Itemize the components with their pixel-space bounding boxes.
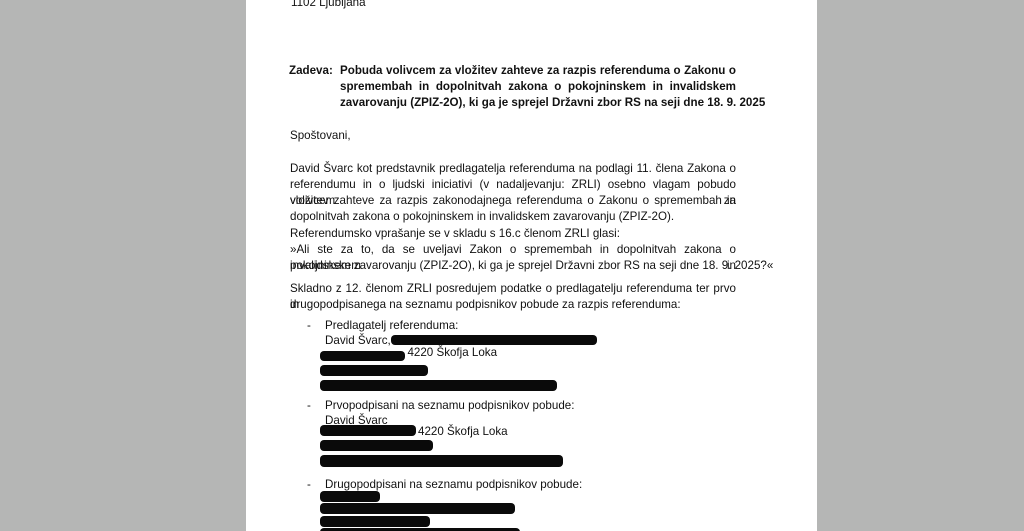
list-bullet: - <box>307 398 311 414</box>
subject-line-2: spremembah in dopolnitvah zakona o pokoj… <box>340 79 736 95</box>
list-city: , 4220 Škofja Loka <box>401 345 497 361</box>
redaction-bar <box>320 440 433 451</box>
paragraph1-line-3: vložitev zahteve za razpis zakonodajnega… <box>290 193 736 209</box>
redaction-bar <box>320 455 563 467</box>
paragraph2-line-3: invalidskem zavarovanju (ZPIZ-2O), ki ga… <box>290 258 773 274</box>
document-page: 1102 Ljubljana Zadeva: Pobuda volivcem z… <box>246 0 817 531</box>
list-bullet: - <box>307 477 311 493</box>
salutation: Spoštovani, <box>290 128 351 144</box>
subject-label: Zadeva: <box>289 63 333 79</box>
paragraph3-line-2: drugopodpisanega na seznamu podpisnikov … <box>290 297 681 313</box>
list-name: David Švarc, <box>325 333 391 349</box>
list-city: 4220 Škofja Loka <box>418 424 508 440</box>
subject-line-3: zavarovanju (ZPIZ-2O), ki ga je sprejel … <box>340 95 765 111</box>
list-bullet: - <box>307 318 311 334</box>
paragraph1-line-4: dopolnitvah zakona o pokojninskem in inv… <box>290 209 674 225</box>
subject-line-1: Pobuda volivcem za vložitev zahteve za r… <box>340 63 736 79</box>
paragraph2-line-1: Referendumsko vprašanje se v skladu s 16… <box>290 226 620 242</box>
redaction-bar <box>391 335 597 345</box>
redaction-bar <box>320 425 416 436</box>
list-heading: Predlagatelj referenduma: <box>325 318 458 334</box>
redaction-bar <box>320 365 428 376</box>
redaction-bar <box>320 491 380 502</box>
redaction-bar <box>320 351 405 361</box>
redaction-bar <box>320 380 557 391</box>
redaction-bar <box>320 516 430 527</box>
list-heading: Prvopodpisani na seznamu podpisnikov pob… <box>325 398 574 414</box>
redaction-bar <box>320 503 515 514</box>
address-line: 1102 Ljubljana <box>291 0 366 11</box>
paragraph1-line-1: David Švarc kot predstavnik predlagatelj… <box>290 161 736 177</box>
